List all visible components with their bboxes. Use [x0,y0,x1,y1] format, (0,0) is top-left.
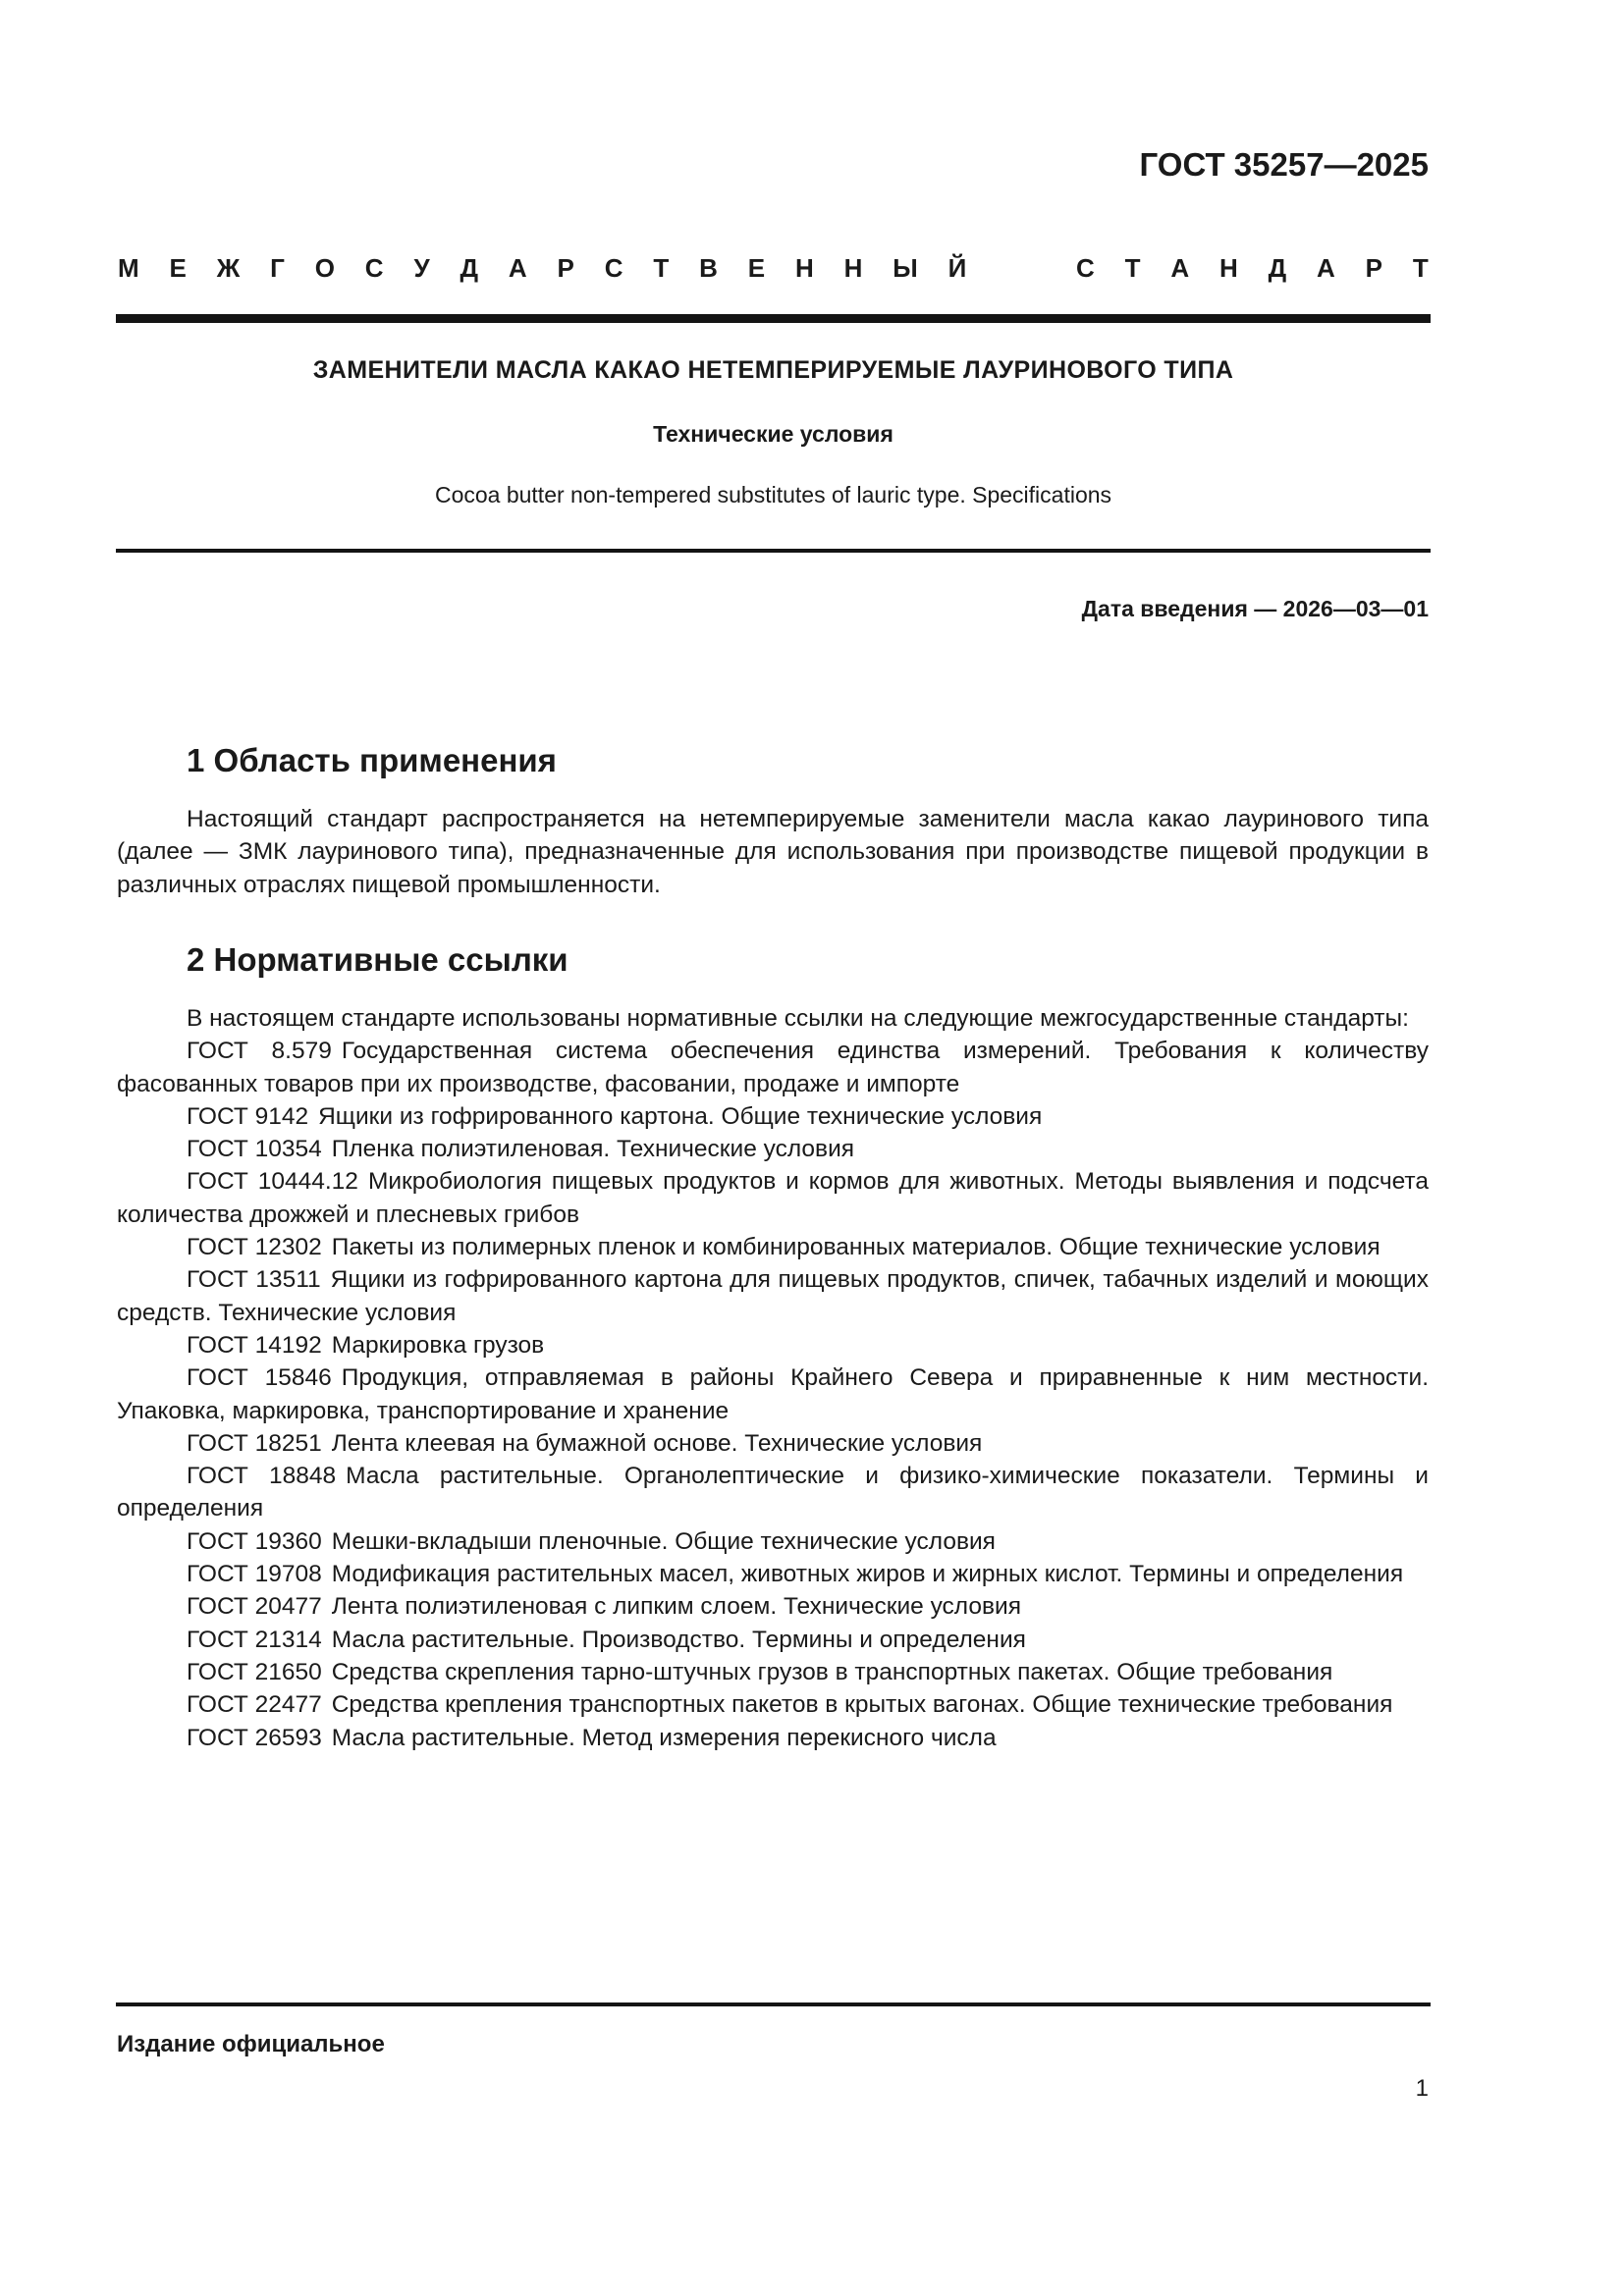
title-divider [116,549,1431,553]
reference-item: ГОСТ 14192Маркировка грузов [117,1329,1429,1362]
reference-code: ГОСТ 19708 [187,1561,332,1587]
category-letter: М [118,253,139,284]
category-letter: Н [795,253,814,284]
category-letter: Т [1125,253,1141,284]
reference-title: Ящики из гофрированного картона. Общие т… [318,1103,1042,1130]
reference-item: ГОСТ 15846Продукция, отправляемая в райо… [117,1362,1429,1427]
reference-code: ГОСТ 18251 [187,1430,332,1457]
footer-divider [116,2002,1431,2006]
reference-code: ГОСТ 12302 [187,1234,332,1260]
reference-code: ГОСТ 8.579 [187,1038,342,1064]
reference-code: ГОСТ 20477 [187,1593,332,1620]
page-number: 1 [1416,2074,1429,2104]
category-letter: Н [844,253,863,284]
reference-code: ГОСТ 18848 [187,1463,346,1489]
reference-title: Масла растительные. Производство. Термин… [332,1627,1026,1653]
category-letter: Т [653,253,669,284]
normative-references-list: ГОСТ 8.579Государственная система обеспе… [117,1035,1429,1754]
category-letter: Р [1366,253,1382,284]
category-letter: Д [1269,253,1287,284]
category-letter: С [1076,253,1095,284]
category-letter: Р [558,253,574,284]
category-letter: А [509,253,527,284]
category-letter: Й [948,253,967,284]
reference-item: ГОСТ 12302Пакеты из полимерных пленок и … [117,1231,1429,1263]
document-subtitle: Технические условия [116,419,1431,449]
reference-title: Модификация растительных масел, животных… [332,1561,1403,1587]
section-2-body: В настоящем стандарте использованы норма… [117,1002,1429,1754]
reference-code: ГОСТ 14192 [187,1332,332,1359]
reference-item: ГОСТ 13511Ящики из гофрированного картон… [117,1263,1429,1329]
reference-code: ГОСТ 15846 [187,1364,342,1391]
reference-code: ГОСТ 21650 [187,1659,332,1685]
category-letter: Н [1219,253,1238,284]
reference-code: ГОСТ 13511 [187,1266,331,1293]
section-2-intro: В настоящем стандарте использованы норма… [117,1002,1429,1035]
reference-code: ГОСТ 10444.12 [187,1168,368,1195]
category-letter: О [315,253,335,284]
category-letter: Е [170,253,187,284]
reference-code: ГОСТ 21314 [187,1627,332,1653]
reference-code: ГОСТ 26593 [187,1725,332,1751]
category-letter: А [1170,253,1189,284]
reference-item: ГОСТ 10354Пленка полиэтиленовая. Техниче… [117,1133,1429,1165]
document-english-title: Cocoa butter non-tempered substitutes of… [116,480,1431,509]
standard-category-header: МЕЖГОСУДАРСТВЕННЫЙСТАНДАРТ [118,251,1429,285]
reference-title: Мешки-вкладыши пленочные. Общие техничес… [332,1528,996,1555]
category-letter: Ы [893,253,917,284]
reference-item: ГОСТ 10444.12Микробиология пищевых проду… [117,1165,1429,1231]
category-letter: Е [748,253,765,284]
reference-title: Маркировка грузов [332,1332,544,1359]
reference-title: Масла растительные. Метод измерения пере… [332,1725,997,1751]
reference-code: ГОСТ 9142 [187,1103,318,1130]
header-divider-thick [116,314,1431,323]
category-letter: У [413,253,429,284]
reference-title: Лента клеевая на бумажной основе. Технич… [332,1430,983,1457]
reference-item: ГОСТ 21314Масла растительные. Производст… [117,1624,1429,1656]
reference-title: Средства крепления транспортных пакетов … [332,1691,1393,1718]
category-letter: Д [460,253,478,284]
reference-item: ГОСТ 9142Ящики из гофрированного картона… [117,1100,1429,1133]
reference-item: ГОСТ 21650Средства скрепления тарно-штуч… [117,1656,1429,1688]
reference-title: Средства скрепления тарно-штучных грузов… [332,1659,1333,1685]
reference-item: ГОСТ 8.579Государственная система обеспе… [117,1035,1429,1100]
reference-item: ГОСТ 19708Модификация растительных масел… [117,1558,1429,1590]
category-letter: Т [1413,253,1429,284]
reference-title: Пленка полиэтиленовая. Технические услов… [332,1136,854,1162]
official-edition-label: Издание официальное [117,2030,385,2059]
section-2-heading: 2 Нормативные ссылки [187,940,568,980]
section-1-heading: 1 Область применения [187,741,557,780]
category-letter: С [605,253,623,284]
category-letter: Г [270,253,285,284]
reference-item: ГОСТ 19360Мешки-вкладыши пленочные. Общи… [117,1525,1429,1558]
reference-code: ГОСТ 19360 [187,1528,332,1555]
category-letter: Ж [217,253,241,284]
category-letter: А [1317,253,1335,284]
reference-item: ГОСТ 22477Средства крепления транспортны… [117,1688,1429,1721]
reference-title: Лента полиэтиленовая с липким слоем. Тех… [332,1593,1021,1620]
document-title: ЗАМЕНИТЕЛИ МАСЛА КАКАО НЕТЕМПЕРИРУЕМЫЕ Л… [116,354,1431,386]
introduction-date: Дата введения — 2026—03—01 [1082,594,1429,623]
reference-code: ГОСТ 22477 [187,1691,332,1718]
category-letter: В [699,253,718,284]
reference-title: Пакеты из полимерных пленок и комбиниров… [332,1234,1380,1260]
category-letter: С [365,253,384,284]
reference-item: ГОСТ 18848Масла растительные. Органолепт… [117,1460,1429,1525]
reference-item: ГОСТ 26593Масла растительные. Метод изме… [117,1722,1429,1754]
reference-code: ГОСТ 10354 [187,1136,332,1162]
gost-number: ГОСТ 35257—2025 [1140,143,1429,187]
reference-item: ГОСТ 20477Лента полиэтиленовая с липким … [117,1590,1429,1623]
reference-item: ГОСТ 18251Лента клеевая на бумажной осно… [117,1427,1429,1460]
section-1-paragraph: Настоящий стандарт распространяется на н… [117,803,1429,901]
section-1-body: Настоящий стандарт распространяется на н… [117,803,1429,901]
